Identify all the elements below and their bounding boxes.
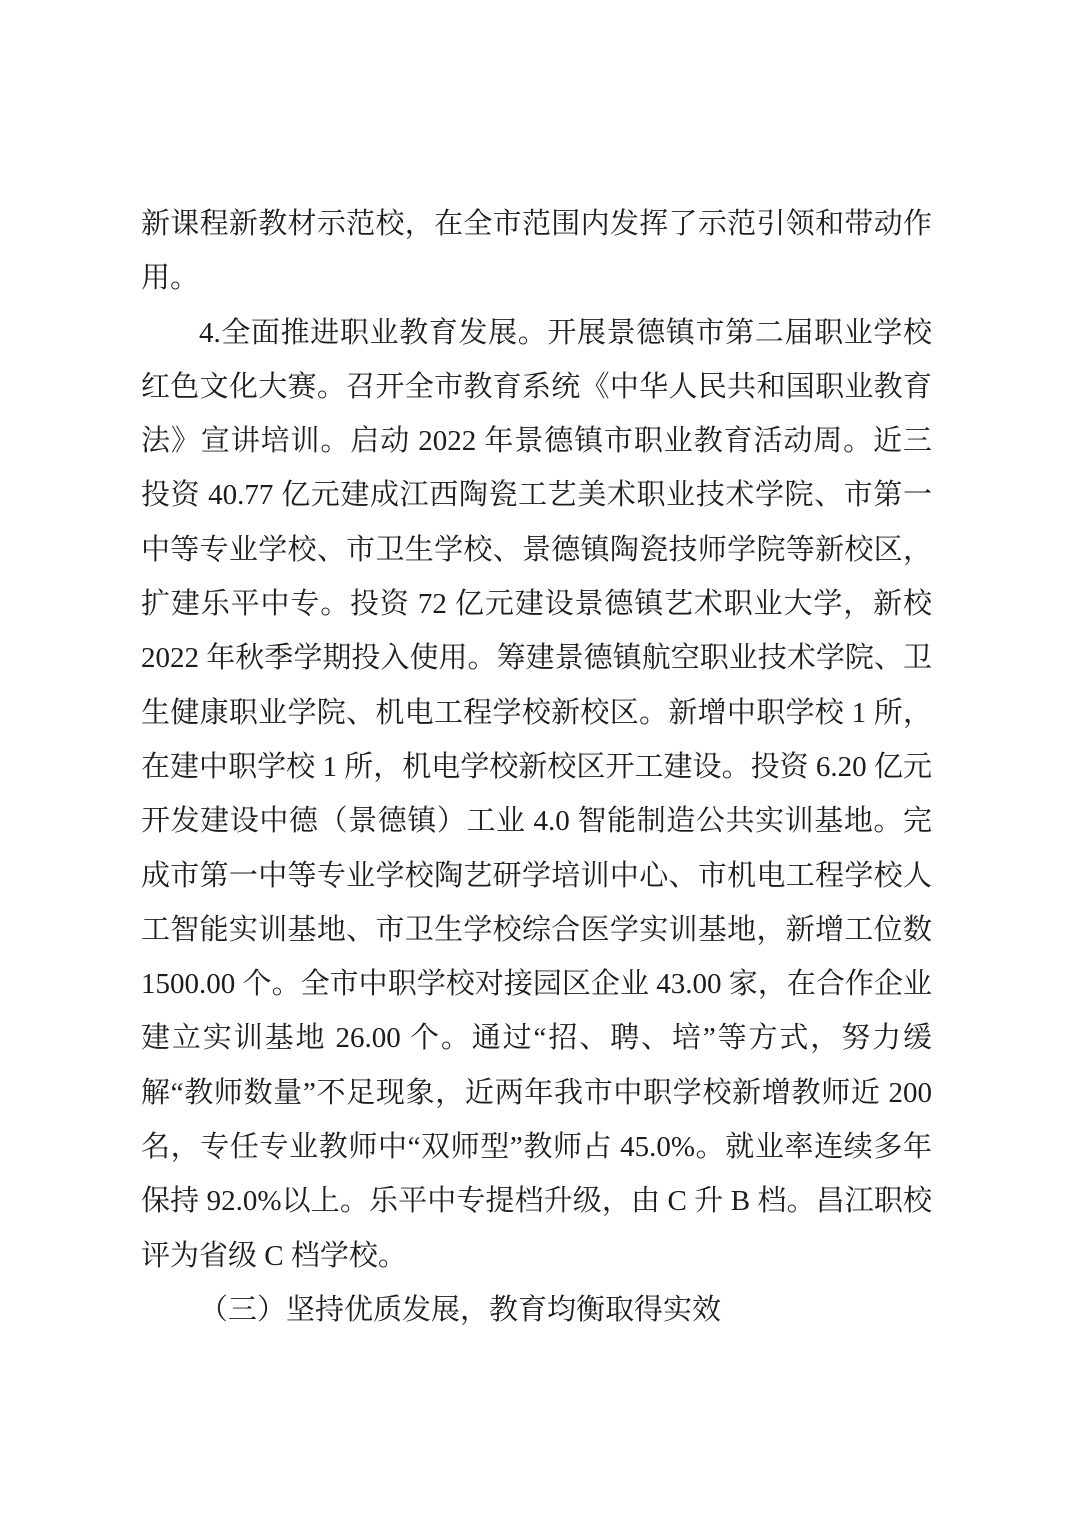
text-line-15: 1500.00 个。全市中职学校对接园区企业 43.00 家，在合作企业 — [141, 957, 932, 1011]
text-line-03: 4.全面推进职业教育发展。开展景德镇市第二届职业学校 — [141, 306, 932, 360]
text-line-07: 中等专业学校、市卫生学校、景德镇陶瓷技师学院等新校区， — [141, 523, 932, 577]
text-line-21-section-heading: （三）坚持优质发展，教育均衡取得实效 — [141, 1283, 932, 1337]
text-line-12: 开发建设中德（景德镇）工业 4.0 智能制造公共实训基地。完 — [141, 794, 932, 848]
text-line-01: 新课程新教材示范校，在全市范围内发挥了示范引领和带动作 — [141, 197, 932, 251]
text-line-02: 用。 — [141, 251, 932, 305]
text-line-20: 评为省级 C 档学校。 — [141, 1229, 932, 1283]
text-block: 新课程新教材示范校，在全市范围内发挥了示范引领和带动作 用。 4.全面推进职业教… — [141, 197, 932, 1337]
text-line-18: 名，专任专业教师中“双师型”教师占 45.0%。就业率连续多年 — [141, 1120, 932, 1174]
text-line-06: 投资 40.77 亿元建成江西陶瓷工艺美术职业技术学院、市第一 — [141, 468, 932, 522]
text-line-19: 保持 92.0%以上。乐平中专提档升级，由 C 升 B 档。昌江职校被 — [141, 1174, 932, 1228]
text-line-14: 工智能实训基地、市卫生学校综合医学实训基地，新增工位数 — [141, 903, 932, 957]
text-line-11: 在建中职学校 1 所，机电学校新校区开工建设。投资 6.20 亿元 — [141, 740, 932, 794]
text-line-13: 成市第一中等专业学校陶艺研学培训中心、市机电工程学校人 — [141, 849, 932, 903]
text-line-04: 红色文化大赛。召开全市教育系统《中华人民共和国职业教育 — [141, 360, 932, 414]
text-line-05: 法》宣讲培训。启动 2022 年景德镇市职业教育活动周。近三年 — [141, 414, 932, 468]
text-line-08: 扩建乐平中专。投资 72 亿元建设景德镇艺术职业大学，新校区 — [141, 577, 932, 631]
text-line-16: 建立实训基地 26.00 个。通过“招、聘、培”等方式，努力缓 — [141, 1011, 932, 1065]
text-line-10: 生健康职业学院、机电工程学校新校区。新增中职学校 1 所， — [141, 686, 932, 740]
document-page: 新课程新教材示范校，在全市范围内发挥了示范引领和带动作 用。 4.全面推进职业教… — [0, 0, 1074, 1520]
text-line-17: 解“教师数量”不足现象，近两年我市中职学校新增教师近 200 — [141, 1066, 932, 1120]
text-line-09: 2022 年秋季学期投入使用。筹建景德镇航空职业技术学院、卫 — [141, 631, 932, 685]
